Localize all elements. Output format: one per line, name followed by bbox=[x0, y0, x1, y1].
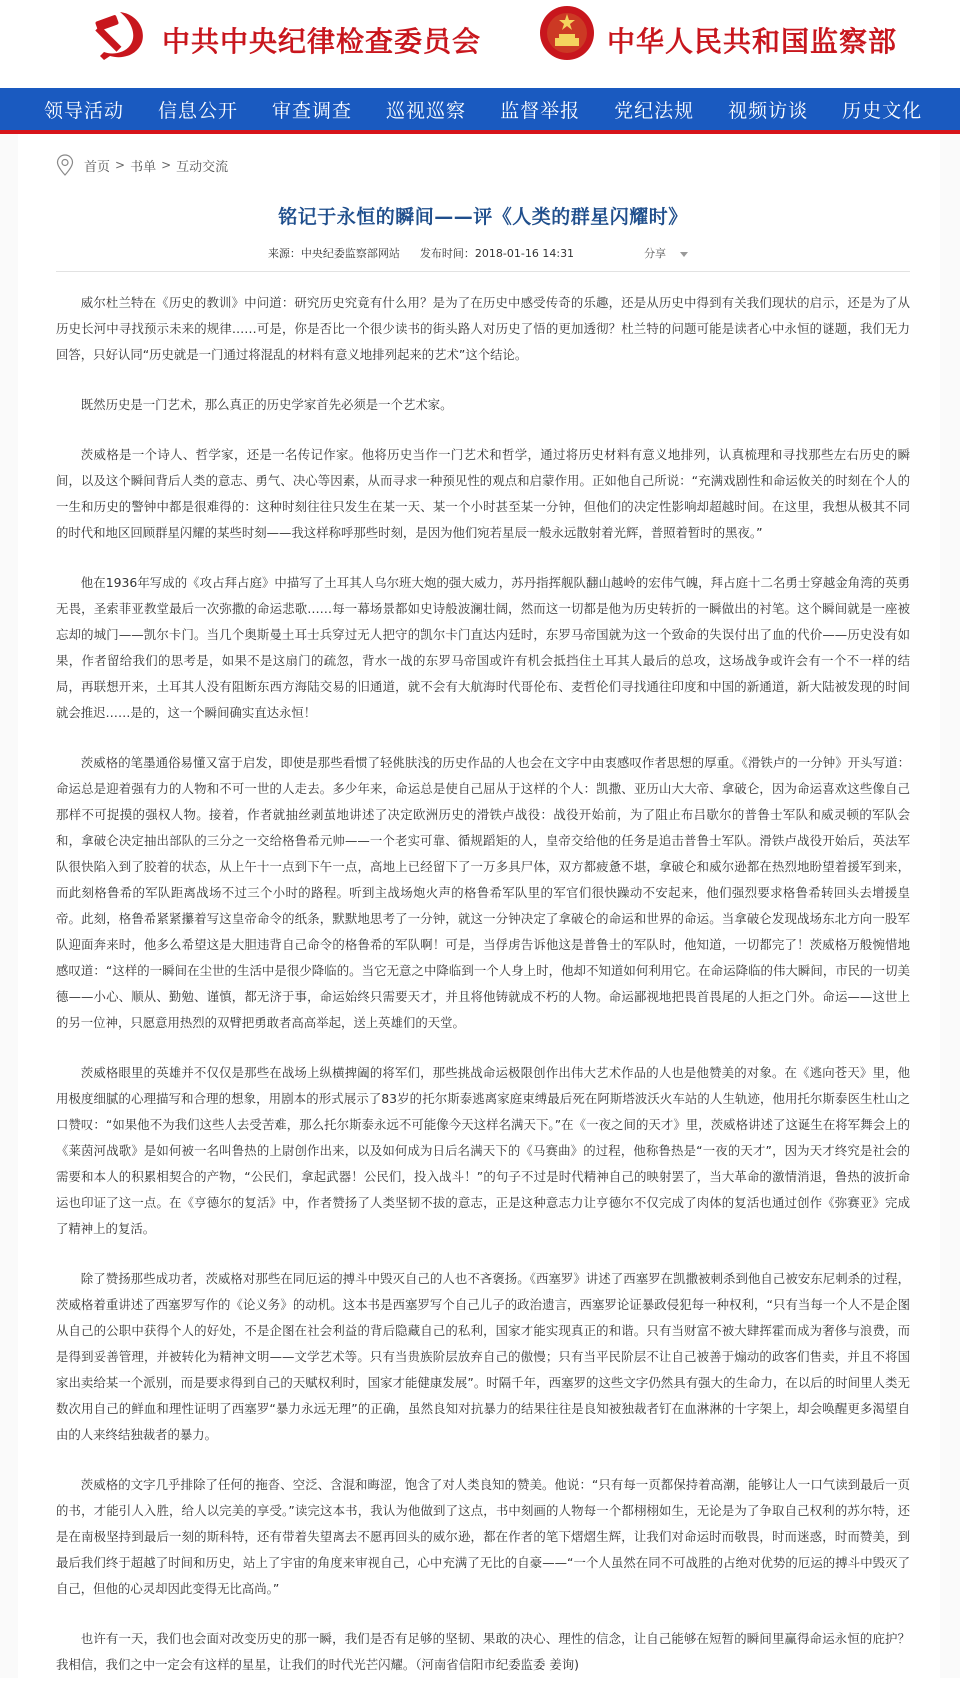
article-paragraph: 威尔杜兰特在《历史的教训》中问道：研究历史究竟有什么用？是为了在历史中感受传奇的… bbox=[56, 290, 910, 368]
breadcrumb-booklist[interactable]: 书单 bbox=[130, 156, 156, 175]
national-emblem-icon bbox=[538, 4, 596, 62]
ministry-supervision-title: 中华人民共和国监察部 bbox=[607, 20, 897, 60]
article-meta: 来源：中央纪委监察部网站 发布时间：2018-01-16 14:31 分享 bbox=[56, 245, 910, 272]
breadcrumb-home[interactable]: 首页 bbox=[84, 156, 110, 175]
nav-item-leadership[interactable]: 领导活动 bbox=[44, 96, 124, 123]
breadcrumb-separator: > bbox=[161, 158, 171, 172]
article-publish-time: 发布时间：2018-01-16 14:31 bbox=[420, 245, 574, 261]
article-paragraph: 茨威格是一个诗人、哲学家，还是一名传记作家。他将历史当作一门艺术和哲学，通过将历… bbox=[56, 442, 910, 546]
nav-item-investigation[interactable]: 审查调查 bbox=[272, 96, 352, 123]
share-label: 分享 bbox=[644, 247, 666, 260]
breadcrumb: 首页 > 书单 > 互动交流 bbox=[56, 152, 910, 178]
article-paragraph: 他在1936年写成的《攻占拜占庭》中描写了土耳其人乌尔班大炮的强大威力，苏丹指挥… bbox=[56, 570, 910, 726]
article-paragraph: 茨威格的笔墨通俗易懂又富于启发，即使是那些看惯了轻佻肤浅的历史作品的人也会在文字… bbox=[56, 750, 910, 1036]
nav-item-video[interactable]: 视频访谈 bbox=[728, 96, 808, 123]
nav-item-inspection[interactable]: 巡视巡察 bbox=[386, 96, 466, 123]
nav-item-regulations[interactable]: 党纪法规 bbox=[614, 96, 694, 123]
article-title: 铭记于永恒的瞬间——评《人类的群星闪耀时》 bbox=[56, 202, 910, 229]
nav-item-information[interactable]: 信息公开 bbox=[158, 96, 238, 123]
nav-item-report[interactable]: 监督举报 bbox=[500, 96, 580, 123]
article-paragraph: 除了赞扬那些成功者，茨威格对那些在同厄运的搏斗中毁灭自己的人也不吝褒扬。《西塞罗… bbox=[56, 1266, 910, 1448]
party-emblem-icon bbox=[90, 8, 150, 62]
article-paragraph: 茨威格眼里的英雄并不仅仅是那些在战场上纵横捭阖的将军们，那些挑战命运极限创作出伟… bbox=[56, 1060, 910, 1242]
chevron-down-icon bbox=[680, 252, 688, 257]
page-body: 首页 > 书单 > 互动交流 铭记于永恒的瞬间——评《人类的群星闪耀时》 来源：… bbox=[0, 134, 960, 1678]
article-paragraph: 既然历史是一门艺术，那么真正的历史学家首先必须是一个艺术家。 bbox=[56, 392, 910, 418]
site-header: 中共中央纪律检查委员会 中华人民共和国监察部 bbox=[0, 0, 960, 88]
content-panel: 首页 > 书单 > 互动交流 铭记于永恒的瞬间——评《人类的群星闪耀时》 来源：… bbox=[18, 134, 940, 1678]
article-body: 威尔杜兰特在《历史的教训》中问道：研究历史究竟有什么用？是为了在历史中感受传奇的… bbox=[56, 290, 910, 1678]
breadcrumb-interaction[interactable]: 互动交流 bbox=[176, 156, 228, 175]
article-paragraph: 也许有一天，我们也会面对改变历史的那一瞬，我们是否有足够的坚韧、果敢的决心、理性… bbox=[56, 1626, 910, 1678]
breadcrumb-separator: > bbox=[115, 158, 125, 172]
main-nav: 领导活动 信息公开 审查调查 巡视巡察 监督举报 党纪法规 视频访谈 历史文化 bbox=[0, 88, 960, 134]
article-paragraph: 茨威格的文字几乎排除了任何的拖沓、空泛、含混和晦涩，饱含了对人类良知的赞美。他说… bbox=[56, 1472, 910, 1602]
cpc-commission-title: 中共中央纪律检查委员会 bbox=[162, 20, 481, 60]
location-pin-icon bbox=[56, 154, 74, 176]
share-button[interactable]: 分享 bbox=[634, 245, 698, 261]
article-source: 来源：中央纪委监察部网站 bbox=[268, 245, 400, 261]
nav-item-history[interactable]: 历史文化 bbox=[842, 96, 922, 123]
